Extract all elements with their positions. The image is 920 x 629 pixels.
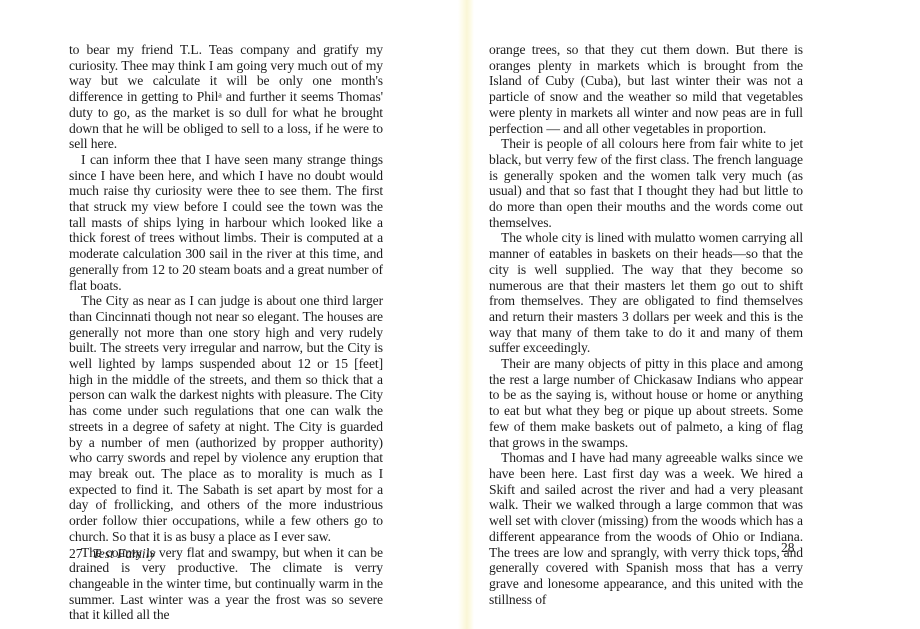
right-page-footer: 28	[781, 540, 795, 556]
paragraph: Thomas and I have had many agreeable wal…	[489, 450, 803, 607]
left-page-footer: 27Test Family	[69, 546, 155, 562]
right-page-text: orange trees, so that they cut them down…	[489, 42, 803, 607]
paragraph: I can inform thee that I have seen many …	[69, 152, 383, 293]
paragraph: Their are many objects of pitty in this …	[489, 356, 803, 450]
paragraph: to bear my friend T.L. Teas company and …	[69, 42, 383, 152]
paragraph: The City as near as I can judge is about…	[69, 293, 383, 544]
page-number: 28	[781, 540, 795, 555]
book-gutter	[458, 0, 474, 629]
page-number: 27	[69, 546, 83, 561]
paragraph: The whole city is lined with mulatto wom…	[489, 230, 803, 356]
right-page: orange trees, so that they cut them down…	[474, 0, 920, 629]
book-spread: to bear my friend T.L. Teas company and …	[0, 0, 920, 629]
running-head: Test Family	[93, 546, 156, 561]
paragraph: orange trees, so that they cut them down…	[489, 42, 803, 136]
left-page: to bear my friend T.L. Teas company and …	[0, 0, 458, 629]
left-page-text: to bear my friend T.L. Teas company and …	[69, 42, 383, 623]
paragraph: Their is people of all colours here from…	[489, 136, 803, 230]
